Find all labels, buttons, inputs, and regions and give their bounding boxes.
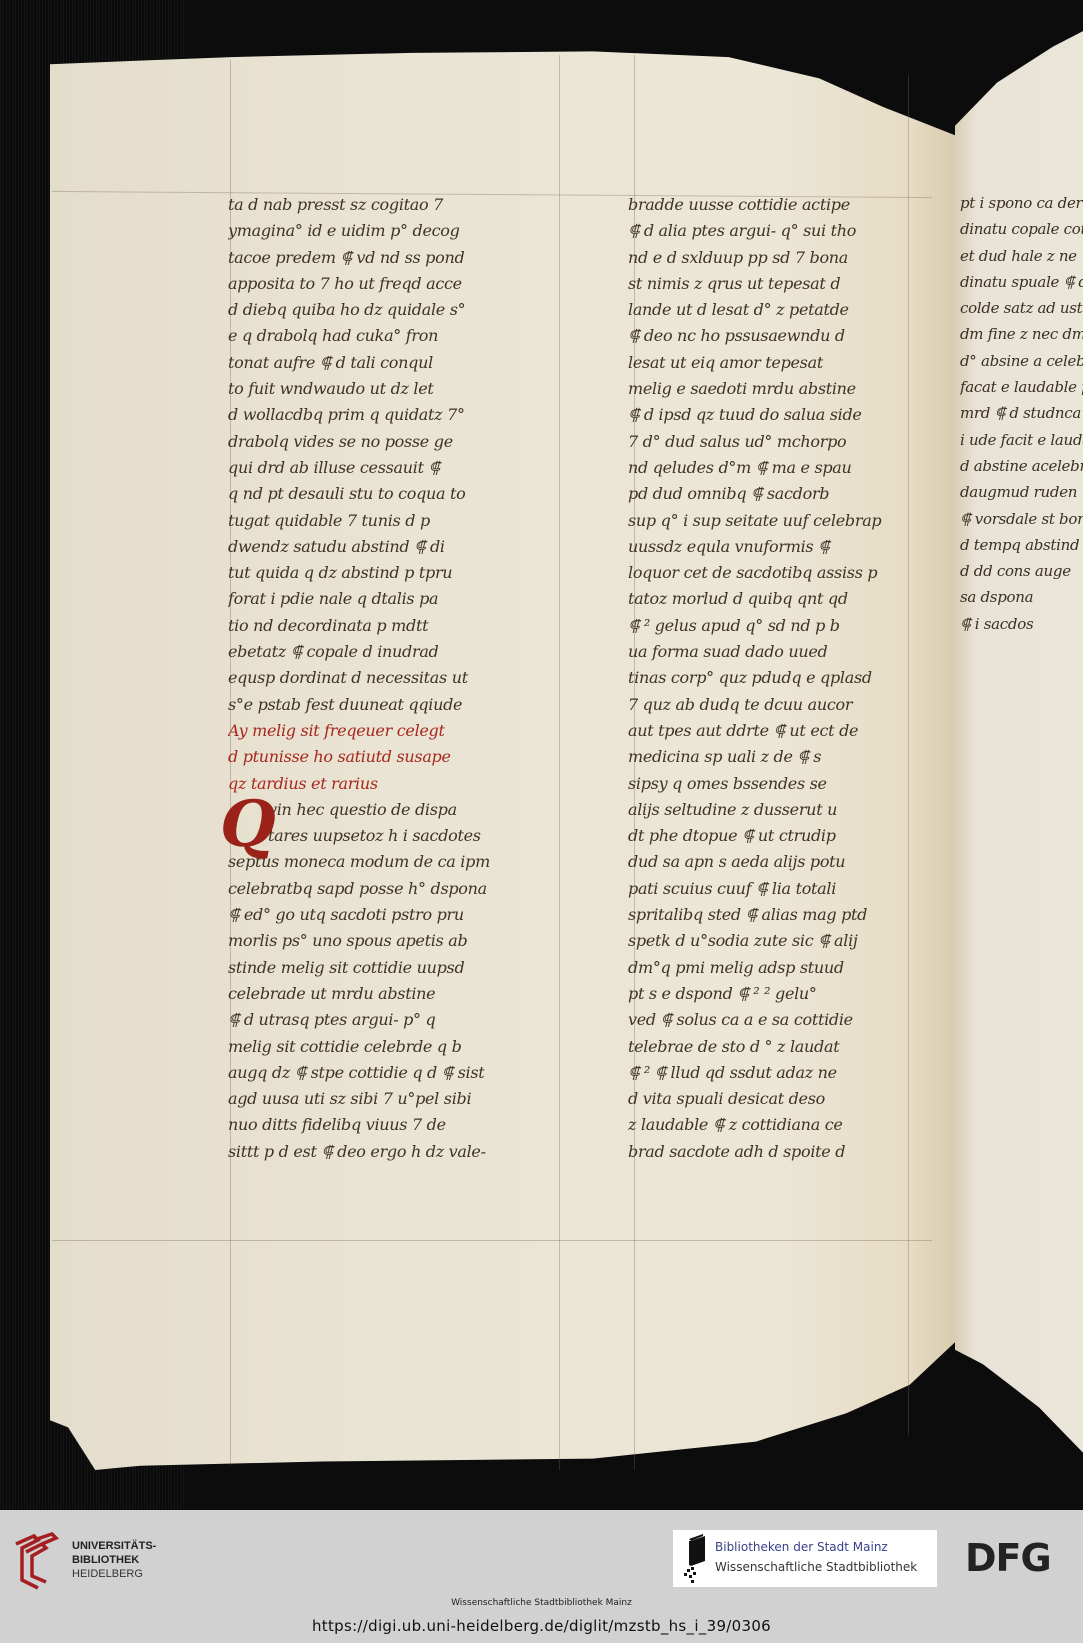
text-line: celebratbq sapd posse h° dspona (228, 876, 573, 902)
text-line: st nimis z qrus ut tepesat d (628, 271, 918, 297)
text-line: bradde uusse cottidie actipe (628, 192, 918, 218)
text-line: s°e pstab fest duuneat qqiude (228, 692, 573, 718)
ubh-line2: BIBLIOTHEK (72, 1553, 156, 1567)
ubh-line3: HEIDELBERG (72, 1567, 156, 1581)
text-line: drabolq vides se no posse ge (228, 429, 573, 455)
facing-page-text: pt i spono ca der dinatu copale cotti et… (960, 190, 1083, 1190)
text-line: sipsy q omes bssendes se (628, 771, 918, 797)
text-line: agd uusa uti sz sibi 7 u°pel sibi (228, 1086, 573, 1112)
text-line: dinatu spuale ⸿ de (960, 269, 1083, 295)
text-line: melig e saedoti mrdu abstine (628, 376, 918, 402)
text-line: equsp dordinat d necessitas ut (228, 665, 573, 691)
text-line: tacoe predem ⸿ vd nd ss pond (228, 245, 573, 271)
text-line: ⸿ deo nc ho pssusaewndu d (628, 323, 918, 349)
text-line: vin hec questio de dispa (268, 797, 573, 823)
text-line: d dd cons auge (960, 558, 1083, 584)
text-line: tares uupsetoz h i sacdotes (268, 823, 573, 849)
text-line: sup q° i sup seitate uuf celebrap (628, 508, 918, 534)
rubric-heading-line: qz tardius et rarius (228, 771, 573, 797)
text-line: 7 quz ab dudq te dcuu aucor (628, 692, 918, 718)
right-text-column: bradde uusse cottidie actipe ⸿ d alia pt… (628, 192, 918, 1165)
text-line: 7 d° dud salus ud° mchorpo (628, 429, 918, 455)
text-line: dinatu copale cotti (960, 216, 1083, 242)
text-line: celebrade ut mrdu abstine (228, 981, 573, 1007)
text-line: loquor cet de sacdotibq assiss p (628, 560, 918, 586)
text-line: ymagina° id e uidim p° decog (228, 218, 573, 244)
text-line: daugmud ruden 7 (960, 479, 1083, 505)
ruling-line-bottom (52, 1240, 932, 1241)
text-line: qui drd ab illuse cessauit ⸿ (228, 455, 573, 481)
text-line: facat e laudable p². (960, 374, 1083, 400)
text-line: ua forma suad dado uued (628, 639, 918, 665)
text-line: uussdz equla vnuformis ⸿ (628, 534, 918, 560)
text-line: tinas corp° quz pdudq e qplasd (628, 665, 918, 691)
text-line: sa dspona (960, 584, 1083, 610)
dfg-logo[interactable]: DFG (965, 1536, 1051, 1580)
mainz-logo-line2: Wissenschaftliche Stadtbibliothek (715, 1560, 917, 1574)
text-line: tio nd decordinata p mdtt (228, 613, 573, 639)
ub-heidelberg-logo-icon (12, 1530, 62, 1590)
text-line: tatoz morlud d quibq qnt qd (628, 586, 918, 612)
text-line: ⸿ d alia ptes argui- q° sui tho (628, 218, 918, 244)
text-line: ⸿ ed° go utq sacdoti pstro pru (228, 902, 573, 928)
text-line: tugat quidable 7 tunis d p (228, 508, 573, 534)
text-line: melig sit cottidie celebrde q b (228, 1034, 573, 1060)
text-line: d wollacdbq prim q quidatz 7° (228, 402, 573, 428)
manuscript-viewer: ta d nab presst sz cogitao 7 ymagina° id… (0, 0, 1083, 1510)
text-line: pd dud omnibq ⸿ sacdorb (628, 481, 918, 507)
text-line: mrd ⸿ d studnca (960, 400, 1083, 426)
text-line: e q drabolq had cuka° fron (228, 323, 573, 349)
ub-heidelberg-wordmark: UNIVERSITÄTS- BIBLIOTHEK HEIDELBERG (72, 1539, 156, 1581)
text-line: ved ⸿ solus ca a e sa cottidie (628, 1007, 918, 1033)
text-line: stinde melig sit cottidie uupsd (228, 955, 573, 981)
text-line: ⸿ ² gelus apud q° sd nd p b (628, 613, 918, 639)
text-line: pt i spono ca der (960, 190, 1083, 216)
rubric-heading-line: d ptunisse ho satiutd susape (228, 744, 573, 770)
text-line: apposita to 7 ho ut freqd acce (228, 271, 573, 297)
text-line: ebetatz ⸿ copale d inudrad (228, 639, 573, 665)
text-line: sittt p d est ⸿ deo ergo h dz vale- (228, 1139, 573, 1165)
decorated-initial: Q (220, 793, 276, 857)
text-line: to fuit wndwaudo ut dz let (228, 376, 573, 402)
text-line: ⸿ d ipsd qz tuud do salua side (628, 402, 918, 428)
mainz-logo-line1: Bibliotheken der Stadt Mainz (715, 1540, 888, 1554)
text-line: ⸿ ² ⸿ llud qd ssdut adaz ne (628, 1060, 918, 1086)
text-line: q nd pt desauli stu to coqua to (228, 481, 573, 507)
rubric-heading-line: Ay melig sit freqeuer celegt (228, 718, 573, 744)
text-line: medicina sp uali z de ⸿ s (628, 744, 918, 770)
text-line: lande ut d lesat d° z petatde (628, 297, 918, 323)
text-line: et dud hale z ne (960, 243, 1083, 269)
text-line: colde satz ad usta a (960, 295, 1083, 321)
text-line: augq dz ⸿ stpe cottidie q d ⸿ sist (228, 1060, 573, 1086)
text-line: aut tpes aut ddrte ⸿ ut ect de (628, 718, 918, 744)
ubh-line1: UNIVERSITÄTS- (72, 1539, 156, 1553)
text-line: dm fine z nec dm ⸿ (960, 321, 1083, 347)
text-line: d abstine acelebre (960, 453, 1083, 479)
text-line: dt phe dtopue ⸿ ut ctrudip (628, 823, 918, 849)
text-line: forat i pdie nale q dtalis pa (228, 586, 573, 612)
text-line: spetk d u°sodia zute sic ⸿ alij (628, 928, 918, 954)
text-line: z laudable ⸿ z cottidiana ce (628, 1112, 918, 1138)
text-line: telebrae de sto d ° z laudat (628, 1034, 918, 1060)
text-line: septus moneca modum de ca ipm (228, 849, 573, 875)
text-line: d° absine a celebra (960, 348, 1083, 374)
text-line: dm°q pmi melig adsp stuud (628, 955, 918, 981)
text-line: spritalibq sted ⸿ alias mag ptd (628, 902, 918, 928)
stadtbibliothek-mainz-logo[interactable]: Bibliotheken der Stadt Mainz Wissenschaf… (673, 1530, 937, 1587)
text-line: morlis ps° uno spous apetis ab (228, 928, 573, 954)
text-line: ta d nab presst sz cogitao 7 (228, 192, 573, 218)
text-line: ⸿ i sacdos (960, 611, 1083, 637)
text-line: brad sacdote adh d spoite d (628, 1139, 918, 1165)
permalink-url[interactable]: https://digi.ub.uni-heidelberg.de/diglit… (0, 1617, 1083, 1635)
book-logo-icon (681, 1533, 711, 1585)
text-line: alijs seltudine z dusserut u (628, 797, 918, 823)
text-line: d vita spuali desicat deso (628, 1086, 918, 1112)
text-line: dud sa apn s aeda alijs potu (628, 849, 918, 875)
text-line: ⸿ d utrasq ptes argui- p° q (228, 1007, 573, 1033)
text-line: ⸿ vorsdale st bon (960, 506, 1083, 532)
text-line: i ude facit e lauda (960, 427, 1083, 453)
text-line: tut quida q dz abstind p tpru (228, 560, 573, 586)
text-line: tonat aufre ⸿ d tali conqul (228, 350, 573, 376)
text-line: nd qeludes d°m ⸿ ma e spau (628, 455, 918, 481)
text-line: lesat ut eiq amor tepesat (628, 350, 918, 376)
text-line: d diebq quiba ho dz quidale s° (228, 297, 573, 323)
text-line: pati scuius cuuf ⸿ lia totali (628, 876, 918, 902)
text-line: nuo ditts fidelibq viuus 7 de (228, 1112, 573, 1138)
ub-heidelberg-logo[interactable]: UNIVERSITÄTS- BIBLIOTHEK HEIDELBERG (12, 1530, 162, 1590)
text-line: dwendz satudu abstind ⸿ di (228, 534, 573, 560)
holding-institution-caption: Wissenschaftliche Stadtbibliothek Mainz (0, 1598, 1083, 1608)
text-line: pt s e dspond ⸿ ² ² gelu° (628, 981, 918, 1007)
text-line: nd e d sxlduup pp sd 7 bona (628, 245, 918, 271)
left-text-column: ta d nab presst sz cogitao 7 ymagina° id… (228, 192, 573, 1165)
text-line: d tempq abstind auge (960, 532, 1083, 558)
